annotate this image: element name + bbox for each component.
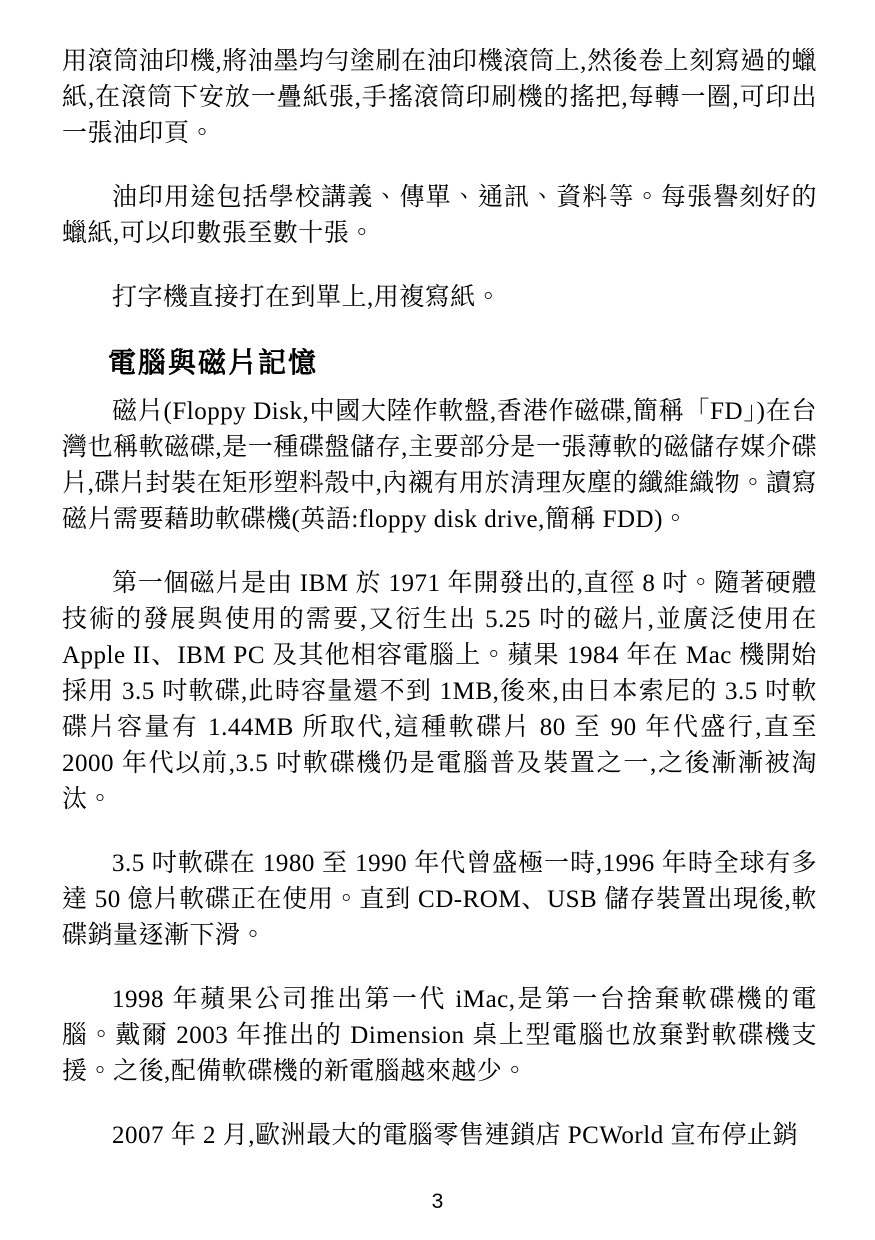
paragraph-floppy-peak: 3.5 吋軟碟在 1980 至 1990 年代曾盛極一時,1996 年時全球有多… (62, 846, 817, 954)
paragraph-typewriter: 打字機直接打在到單上,用複寫紙。 (62, 280, 817, 316)
paragraph-mimeograph-process: 用滾筒油印機,將油墨均勻塗刷在油印機滾筒上,然後卷上刻寫過的蠟紙,在滾筒下安放一… (62, 44, 817, 152)
document-page: 用滾筒油印機,將油墨均勻塗刷在油印機滾筒上,然後卷上刻寫過的蠟紙,在滾筒下安放一… (0, 0, 875, 1240)
paragraph-pcworld: 2007 年 2 月,歐洲最大的電腦零售連鎖店 PCWorld 宣布停止銷 (62, 1118, 817, 1154)
paragraph-floppy-definition: 磁片(Floppy Disk,中國大陸作軟盤,香港作磁碟,簡稱「FD」)在台灣也… (62, 394, 817, 538)
paragraph-floppy-history: 第一個磁片是由 IBM 於 1971 年開發出的,直徑 8 吋。隨著硬體技術的發… (62, 566, 817, 818)
section-heading: 電腦與磁片記憶 (62, 344, 817, 384)
page-number: 3 (0, 1190, 875, 1214)
paragraph-mimeograph-uses: 油印用途包括學校講義、傳單、通訊、資料等。每張譽刻好的蠟紙,可以印數張至數十張。 (62, 180, 817, 252)
document-body: 用滾筒油印機,將油墨均勻塗刷在油印機滾筒上,然後卷上刻寫過的蠟紙,在滾筒下安放一… (62, 44, 817, 1182)
paragraph-imac-dell: 1998 年蘋果公司推出第一代 iMac,是第一台捨棄軟碟機的電腦。戴爾 200… (62, 982, 817, 1090)
